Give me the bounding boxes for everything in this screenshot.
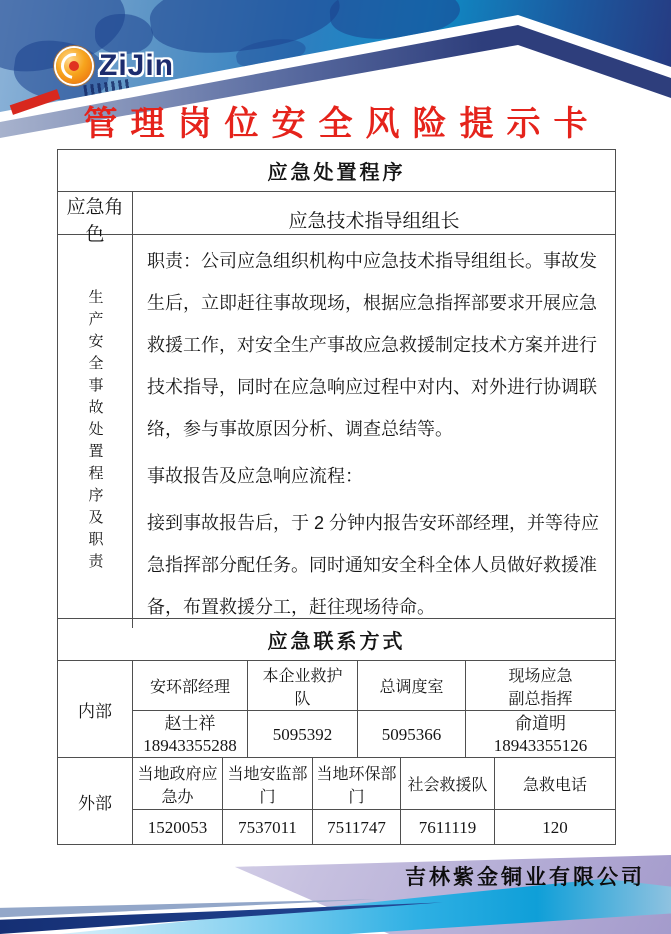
internal-contact-cell: 俞道明 18943355126: [465, 710, 615, 758]
contact-phone: 5095392: [273, 724, 333, 746]
duty-paragraph: 接到事故报告后，于 2 分钟内报告安环部经理，并等待应急指挥部分配任务。同时通知…: [133, 497, 615, 628]
external-col-header-text: 急救电话: [523, 772, 587, 795]
contact-phone: 18943355126: [494, 735, 588, 757]
external-contact-cell: 120: [494, 809, 615, 845]
external-col-header-text: 社会救援队: [407, 772, 487, 795]
duty-label-vertical-text: 生产安全事故处置程序及职责: [85, 289, 106, 575]
internal-col-header-text: 现场应急副总指挥: [508, 663, 572, 709]
section-header-contacts-text: 应急联系方式: [58, 619, 615, 660]
internal-col-header-text: 总调度室: [379, 674, 443, 697]
internal-contact-cell: 5095366: [357, 710, 465, 758]
external-contact-cell: 7537011: [222, 809, 312, 845]
safety-card-page: ZiJin 管理岗位安全风险提示卡 应急处置程序 应急角色 应急技术指导组组长 …: [0, 0, 671, 934]
section-header-procedure-text: 应急处置程序: [58, 150, 615, 191]
external-col-header: 当地环保部门: [312, 758, 400, 809]
internal-contact-cell: 赵士祥 18943355288: [132, 710, 247, 758]
emergency-table: 应急处置程序 应急角色 应急技术指导组组长 生产安全事故处置程序及职责 职责：公…: [57, 149, 616, 845]
contact-phone: 7611119: [419, 817, 477, 839]
duty-row: 生产安全事故处置程序及职责 职责：公司应急组织机构中应急技术指导组组长。事故发生…: [58, 234, 615, 618]
header-banner: ZiJin 管理岗位安全风险提示卡: [0, 0, 671, 150]
internal-col-header: 总调度室: [357, 661, 465, 710]
section-header-procedure: 应急处置程序: [58, 150, 615, 191]
company-name: 吉林紫金铜业有限公司: [405, 861, 645, 891]
contact-name: 俞道明: [515, 713, 566, 735]
external-contact-cell: 7611119: [400, 809, 494, 845]
contact-phone: 18943355288: [143, 735, 237, 757]
internal-col-header-line: 现场应急: [508, 663, 572, 686]
map-continent-shape: [328, 0, 461, 42]
internal-contacts-rows: 内部 安环部经理 本企业救护队 总调度室 现场应急副总指挥 赵士祥 189433…: [58, 660, 615, 757]
section-header-contacts: 应急联系方式: [58, 618, 615, 660]
contact-phone: 7511747: [327, 817, 386, 839]
external-col-header-text: 当地政府应急办: [136, 761, 219, 807]
external-contact-cell: 7511747: [312, 809, 400, 845]
internal-col-header-text: 安环部经理: [150, 674, 230, 697]
external-col-header-text: 当地安监部门: [226, 761, 309, 807]
external-col-header: 当地安监部门: [222, 758, 312, 809]
contact-phone: 120: [542, 817, 568, 839]
contact-name: 赵士祥: [165, 713, 216, 735]
external-contact-cell: 1520053: [132, 809, 222, 845]
internal-col-header: 本企业救护队: [247, 661, 357, 710]
footer-banner: 吉林紫金铜业有限公司: [0, 855, 671, 934]
duty-text-cell: 职责：公司应急组织机构中应急技术指导组组长。事故发生后，立即赶往事故现场，根据应…: [132, 235, 615, 628]
duty-paragraph: 事故报告及应急响应流程：: [133, 450, 615, 497]
duty-paragraph: 职责：公司应急组织机构中应急技术指导组组长。事故发生后，立即赶往事故现场，根据应…: [133, 235, 615, 450]
contact-phone: 7537011: [238, 817, 297, 839]
external-col-header: 社会救援队: [400, 758, 494, 809]
external-label: 外部: [58, 758, 132, 845]
contact-phone: 1520053: [148, 817, 208, 839]
role-row: 应急角色 应急技术指导组组长: [58, 191, 615, 234]
internal-col-header-line: 副总指挥: [508, 686, 572, 709]
contact-phone: 5095366: [382, 724, 442, 746]
duty-label-cell: 生产安全事故处置程序及职责: [58, 235, 132, 628]
external-col-header: 当地政府应急办: [132, 758, 222, 809]
internal-label: 内部: [58, 661, 132, 758]
internal-col-header-text: 本企业救护队: [261, 663, 344, 709]
external-col-header: 急救电话: [494, 758, 615, 809]
zijin-logo-text: ZiJin: [99, 49, 174, 83]
page-title: 管理岗位安全风险提示卡: [0, 96, 671, 145]
external-col-header-text: 当地环保部门: [315, 761, 398, 807]
zijin-logo-icon: [56, 48, 92, 84]
internal-col-header: 现场应急副总指挥: [465, 661, 615, 710]
external-contacts-rows: 外部 当地政府应急办 当地安监部门 当地环保部门 社会救援队 急救电话 1520…: [58, 757, 615, 844]
internal-contact-cell: 5095392: [247, 710, 357, 758]
zijin-logo: ZiJin: [56, 48, 174, 84]
internal-col-header: 安环部经理: [132, 661, 247, 710]
